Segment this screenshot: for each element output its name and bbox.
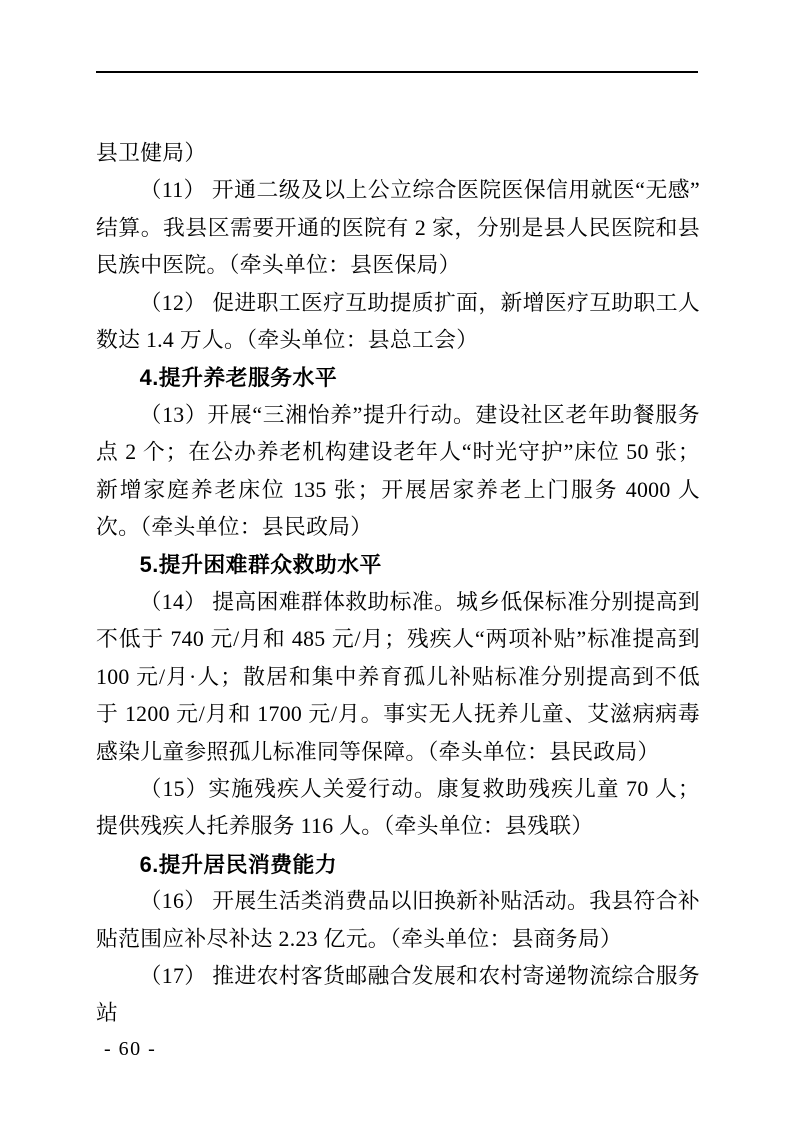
paragraph-item-12: （12） 促进职工医疗互助提质扩面，新增医疗互助职工人数达 1.4 万人。（牵头… — [96, 285, 700, 360]
section-heading-5: 5.提升困难群众救助水平 — [96, 546, 700, 583]
paragraph-item-17: （17） 推进农村客货邮融合发展和农村寄递物流综合服务站 — [96, 958, 700, 1033]
paragraph-item-16: （16） 开展生活类消费品以旧换新补贴活动。我县符合补贴范围应补尽补达 2.23… — [96, 883, 700, 958]
paragraph-item-15: （15）实施残疾人关爱行动。康复救助残疾儿童 70 人；提供残疾人托养服务 11… — [96, 771, 700, 846]
section-heading-4: 4.提升养老服务水平 — [96, 359, 700, 396]
document-page: 县卫健局） （11） 开通二级及以上公立综合医院医保信用就医“无感”结算。我县区… — [0, 0, 793, 1122]
paragraph-item-13: （13）开展“三湘怡养”提升行动。建设社区老年助餐服务点 2 个；在公办养老机构… — [96, 397, 700, 547]
header-rule — [96, 71, 698, 73]
paragraph-item-14: （14） 提高困难群体救助标准。城乡低保标准分别提高到不低于 740 元/月和 … — [96, 584, 700, 771]
page-number: - 60 - — [104, 1038, 156, 1061]
paragraph-continuation: 县卫健局） — [96, 135, 700, 172]
paragraph-item-11: （11） 开通二级及以上公立综合医院医保信用就医“无感”结算。我县区需要开通的医… — [96, 172, 700, 284]
section-heading-6: 6.提升居民消费能力 — [96, 846, 700, 883]
document-body: 县卫健局） （11） 开通二级及以上公立综合医院医保信用就医“无感”结算。我县区… — [96, 135, 700, 1033]
